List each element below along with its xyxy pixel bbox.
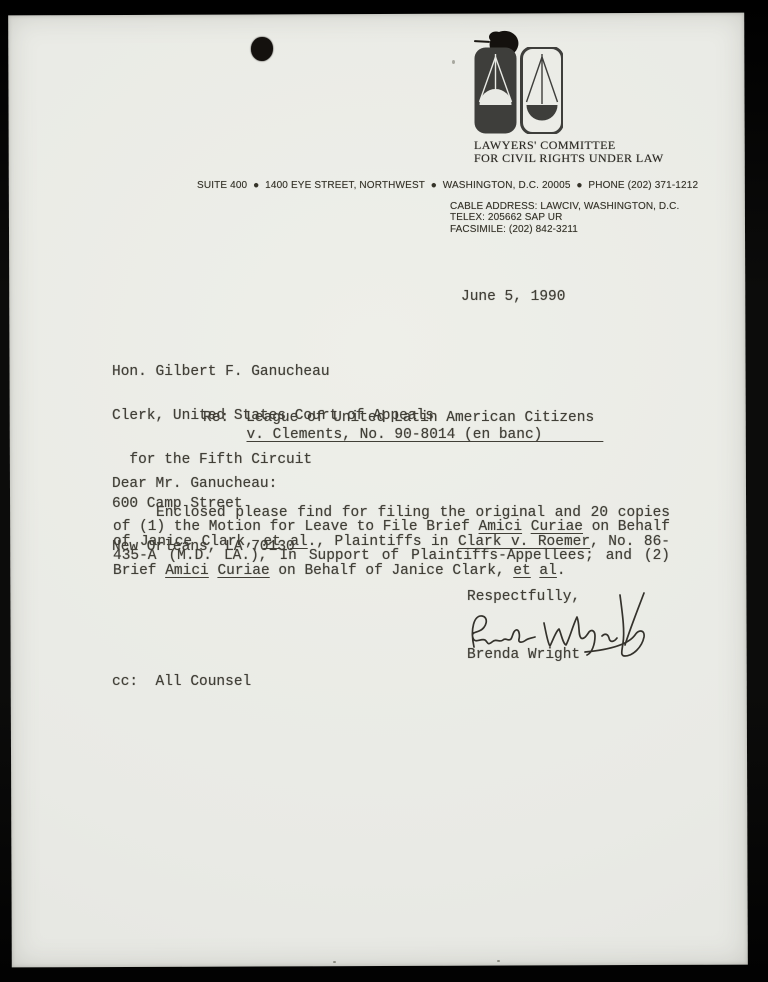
scanned-letter-page: LAWYERS' COMMITTEE FOR CIVIL RIGHTS UNDE… (0, 0, 768, 982)
body-line: of (1) the Motion for Leave to File Brie… (113, 520, 670, 534)
scan-speck (497, 960, 500, 962)
punch-hole (251, 37, 273, 61)
letterhead-org-name: LAWYERS' COMMITTEE FOR CIVIL RIGHTS UNDE… (474, 139, 664, 164)
signer-name-typed: Brenda Wright (467, 648, 580, 662)
facsimile-line: FACSIMILE: (202) 842-3211 (450, 224, 679, 235)
letterhead-address-line: SUITE 400 ● 1400 EYE STREET, NORTHWEST ●… (197, 180, 698, 191)
recipient-line: for the Fifth Circuit (112, 453, 434, 468)
letter-body: Enclosed please find for filing the orig… (113, 506, 670, 578)
body-line: Brief Amici Curiae on Behalf of Janice C… (113, 564, 670, 578)
re-line-2: v. Clements, No. 90-8014 (en banc) (203, 428, 603, 442)
org-name-line2: FOR CIVIL RIGHTS UNDER LAW (474, 152, 664, 165)
body-text: Brief (113, 563, 165, 579)
body-text-underlined: Amici (165, 563, 209, 579)
scales-of-justice-logo (474, 47, 563, 134)
telex-line: TELEX: 205662 SAP UR (450, 212, 679, 223)
body-text: . (557, 563, 566, 579)
body-text-underlined: et (513, 563, 530, 579)
re-case-citation: v. Clements, No. 90-8014 (en banc) (247, 427, 604, 443)
re-case-name: League of United Latin American Citizens (246, 410, 594, 426)
body-text-underlined: Curiae (217, 563, 269, 579)
recipient-line: Hon. Gilbert F. Ganucheau (112, 365, 434, 380)
letterhead-contact-block: CABLE ADDRESS: LAWCIV, WASHINGTON, D.C. … (450, 201, 679, 235)
re-label: Re: (203, 410, 229, 426)
salutation: Dear Mr. Ganucheau: (112, 477, 277, 491)
scan-speck (333, 961, 336, 963)
scan-speck (452, 60, 455, 64)
re-line-1: Re:League of United Latin American Citiz… (203, 411, 603, 425)
cc-line: cc: All Counsel (112, 675, 251, 689)
re-block: Re:League of United Latin American Citiz… (203, 411, 603, 442)
body-text: on Behalf of Janice Clark, (270, 563, 514, 579)
cable-address-line: CABLE ADDRESS: LAWCIV, WASHINGTON, D.C. (450, 201, 679, 212)
org-name-line1: LAWYERS' COMMITTEE (474, 139, 664, 152)
body-line: 435-A (M.D. LA.), In Support of Plaintif… (113, 549, 670, 563)
body-text-underlined: al (539, 563, 556, 579)
letter-date: June 5, 1990 (461, 290, 565, 304)
